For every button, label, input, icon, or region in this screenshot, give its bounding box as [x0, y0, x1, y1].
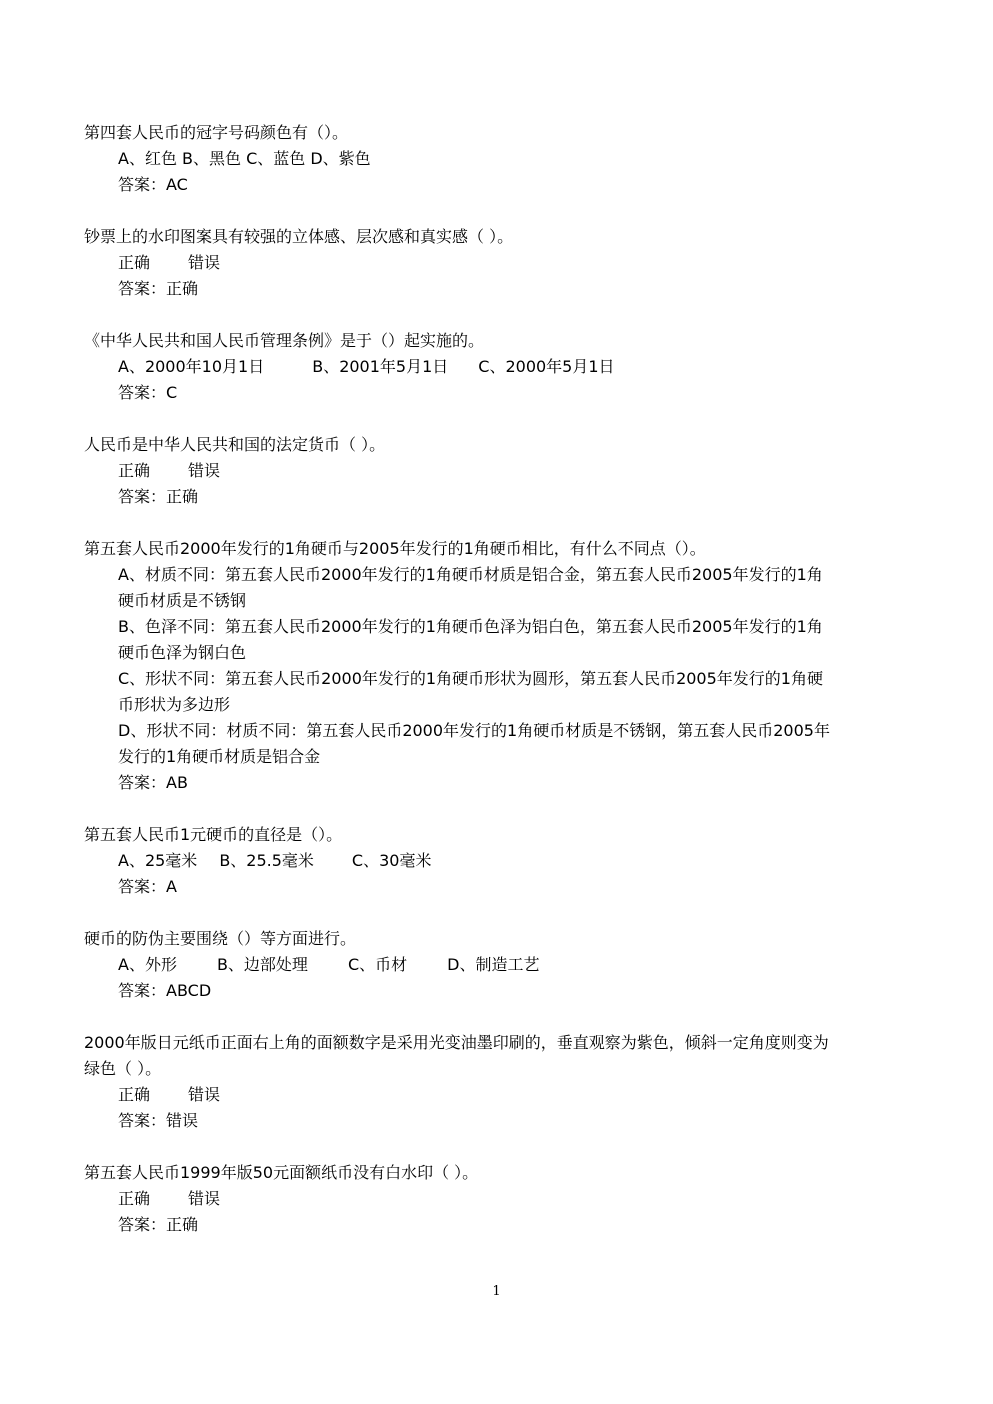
question-options: A、2000年10月1日B、2001年5月1日C、2000年5月1日 — [118, 354, 615, 380]
option-b: B、边部处理 — [217, 955, 308, 974]
question-stem: 《中华人民共和国人民币管理条例》是于（）起实施的。 — [84, 328, 484, 354]
option-a: A、25毫米 — [118, 851, 197, 870]
option-c: C、币材 — [348, 955, 407, 974]
question-options: A、红色 B、黑色 C、蓝色 D、紫色 — [118, 146, 371, 172]
option-false: 错误 — [188, 1189, 220, 1208]
document-page: 第四套人民币的冠字号码颜色有（）。 A、红色 B、黑色 C、蓝色 D、紫色 答案… — [0, 0, 993, 1404]
option-false: 错误 — [188, 253, 220, 272]
question-options: A、25毫米B、25.5毫米C、30毫米 — [118, 848, 431, 874]
option-a-line-1: A、材质不同：第五套人民币2000年发行的1角硬币材质是铝合金，第五套人民币20… — [118, 562, 823, 588]
question-stem: 第五套人民币1元硬币的直径是（）。 — [84, 822, 342, 848]
question-stem: 第五套人民币2000年发行的1角硬币与2005年发行的1角硬币相比，有什么不同点… — [84, 536, 706, 562]
question-options: 正确错误 — [118, 458, 220, 484]
question-answer: 答案：C — [118, 380, 177, 406]
question-answer: 答案：ABCD — [118, 978, 211, 1004]
option-a-line-2: 硬币材质是不锈钢 — [118, 588, 246, 614]
page-number: 1 — [0, 1284, 993, 1299]
option-b: B、25.5毫米 — [219, 851, 314, 870]
option-b: B、2001年5月1日 — [312, 357, 448, 376]
option-a: A、外形 — [118, 955, 177, 974]
option-d-line-1: D、形状不同：材质不同：第五套人民币2000年发行的1角硬币材质是不锈钢，第五套… — [118, 718, 830, 744]
question-stem-line-1: 2000年版日元纸币正面右上角的面额数字是采用光变油墨印刷的，垂直观察为紫色，倾… — [84, 1030, 829, 1056]
question-answer: 答案：正确 — [118, 1212, 198, 1238]
question-stem: 第四套人民币的冠字号码颜色有（）。 — [84, 120, 348, 146]
option-true: 正确 — [118, 1189, 150, 1208]
question-options: 正确错误 — [118, 1082, 220, 1108]
question-stem: 硬币的防伪主要围绕（）等方面进行。 — [84, 926, 356, 952]
question-options: A、外形B、边部处理C、币材D、制造工艺 — [118, 952, 539, 978]
option-true: 正确 — [118, 461, 150, 480]
option-c-line-1: C、形状不同：第五套人民币2000年发行的1角硬币形状为圆形，第五套人民币200… — [118, 666, 823, 692]
question-options: 正确错误 — [118, 250, 220, 276]
option-b-line-2: 硬币色泽为钢白色 — [118, 640, 246, 666]
option-c: C、2000年5月1日 — [478, 357, 614, 376]
question-stem: 钞票上的水印图案具有较强的立体感、层次感和真实感（ ）。 — [84, 224, 513, 250]
option-false: 错误 — [188, 461, 220, 480]
option-true: 正确 — [118, 253, 150, 272]
question-answer: 答案：正确 — [118, 276, 198, 302]
question-answer: 答案：A — [118, 874, 177, 900]
option-b-line-1: B、色泽不同：第五套人民币2000年发行的1角硬币色泽为铝白色，第五套人民币20… — [118, 614, 823, 640]
option-d: D、制造工艺 — [447, 955, 539, 974]
question-answer: 答案：正确 — [118, 484, 198, 510]
question-stem-line-2: 绿色（ ）。 — [84, 1056, 161, 1082]
question-answer: 答案：AC — [118, 172, 188, 198]
option-false: 错误 — [188, 1085, 220, 1104]
option-c: C、30毫米 — [352, 851, 432, 870]
question-stem: 第五套人民币1999年版50元面额纸币没有白水印（ ）。 — [84, 1160, 478, 1186]
option-d-line-2: 发行的1角硬币材质是铝合金 — [118, 744, 320, 770]
question-answer: 答案：错误 — [118, 1108, 198, 1134]
question-stem: 人民币是中华人民共和国的法定货币（ ）。 — [84, 432, 385, 458]
option-c-line-2: 币形状为多边形 — [118, 692, 230, 718]
question-answer: 答案：AB — [118, 770, 188, 796]
option-a: A、2000年10月1日 — [118, 357, 264, 376]
option-true: 正确 — [118, 1085, 150, 1104]
question-options: 正确错误 — [118, 1186, 220, 1212]
